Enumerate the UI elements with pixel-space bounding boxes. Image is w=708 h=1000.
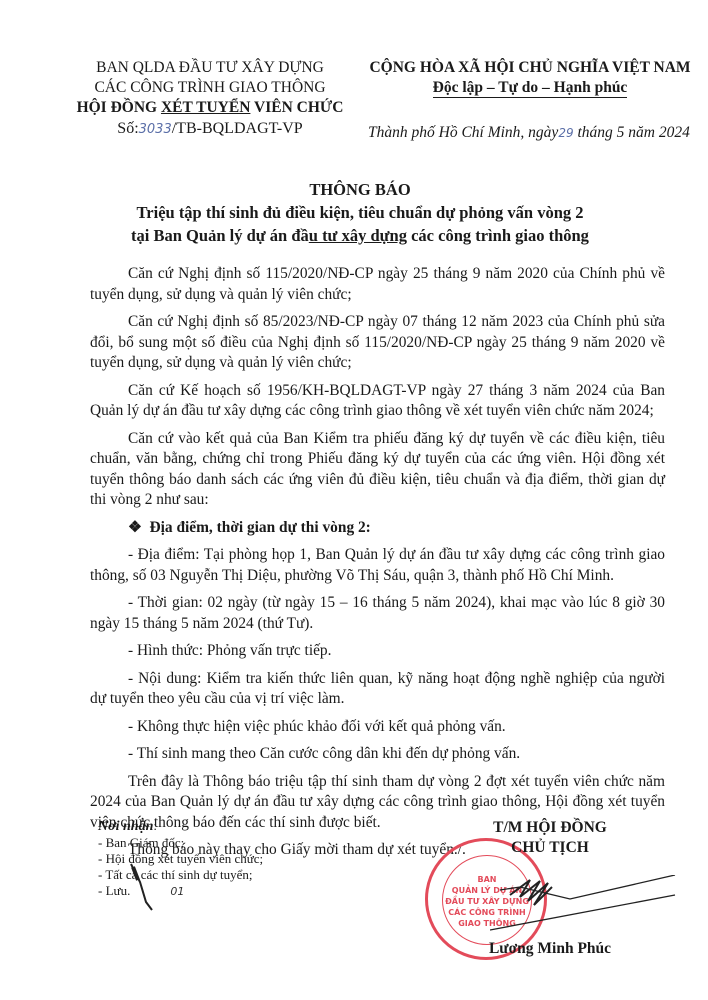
- item-location: - Địa điểm: Tại phòng họp 1, Ban Quản lý…: [90, 545, 665, 586]
- signer-name: Lương Minh Phúc: [440, 940, 660, 958]
- agency-line-2: CÁC CÔNG TRÌNH GIAO THÔNG: [60, 78, 360, 98]
- recipient-archive: - Lưu.: [98, 883, 130, 898]
- council-name-underlined: XÉT TUYỂN: [161, 99, 250, 116]
- signature-title-2: CHỦ TỊCH: [440, 838, 660, 858]
- handwritten-signature-icon: [490, 875, 680, 935]
- legal-basis-4: Căn cứ vào kết quả của Ban Kiểm tra phiế…: [90, 429, 665, 511]
- section-heading-text: Địa điểm, thời gian dự thi vòng 2:: [150, 519, 371, 536]
- subtitle-2-post: các công trình giao thông: [407, 226, 589, 245]
- item-id-card: - Thí sinh mang theo Căn cước công dân k…: [90, 744, 665, 765]
- item-format: - Hình thức: Phỏng vấn trực tiếp.: [90, 641, 665, 662]
- recipients-colon: :: [153, 818, 157, 833]
- section-heading: ❖ Địa điểm, thời gian dự thi vòng 2:: [90, 518, 665, 539]
- subtitle-2-pre: tại Ban Quản lý dự án đầ: [131, 226, 309, 245]
- day-handwritten: 29: [558, 126, 573, 140]
- issuing-agency: BAN QLDA ĐẦU TƯ XÂY DỰNG CÁC CÔNG TRÌNH …: [60, 58, 360, 118]
- docnum-prefix: Số:: [117, 120, 138, 137]
- signature-title-1: T/M HỘI ĐỒNG: [440, 818, 660, 838]
- docnum-suffix: /TB-BQLDAGT-VP: [172, 120, 303, 137]
- title-subtitle-1: Triệu tập thí sinh đủ điều kiện, tiêu ch…: [100, 201, 620, 224]
- document-body: Căn cứ Nghị định số 115/2020/NĐ-CP ngày …: [90, 264, 665, 868]
- recipients-heading: Nơi nhận: [98, 819, 153, 834]
- recipient-item: - Ban Giám đốc;: [98, 835, 338, 851]
- place-date-pre: Thành phố Hồ Chí Minh, ngày: [368, 124, 558, 141]
- council-name-pre: HỘI ĐỒNG: [77, 99, 161, 116]
- item-no-review: - Không thực hiện việc phúc khảo đối với…: [90, 717, 665, 738]
- place-date: Thành phố Hồ Chí Minh, ngày29 tháng 5 nă…: [368, 124, 708, 142]
- country-name: CỘNG HÒA XÃ HỘI CHỦ NGHĨA VIỆT NAM: [360, 58, 700, 78]
- docnum-handwritten: 3033: [139, 122, 172, 137]
- agency-line-1: BAN QLDA ĐẦU TƯ XÂY DỰNG: [60, 58, 360, 78]
- legal-basis-3: Căn cứ Kế hoạch số 1956/KH-BQLDAGT-VP ng…: [90, 381, 665, 422]
- council-name: HỘI ĐỒNG XÉT TUYỂN VIÊN CHỨC: [60, 98, 360, 118]
- document-title: THÔNG BÁO Triệu tập thí sinh đủ điều kiệ…: [100, 178, 620, 247]
- initial-mark-icon: [128, 862, 158, 912]
- national-heading: CỘNG HÒA XÃ HỘI CHỦ NGHĨA VIỆT NAM Độc l…: [360, 58, 700, 98]
- diamond-bullet-icon: ❖: [128, 519, 142, 536]
- council-name-post: VIÊN CHỨC: [250, 99, 343, 116]
- title-subtitle-2: tại Ban Quản lý dự án đầu tư xây dựng cá…: [100, 224, 620, 247]
- item-content: - Nội dung: Kiểm tra kiến thức liên quan…: [90, 669, 665, 710]
- place-date-post: tháng 5 năm 2024: [574, 124, 690, 141]
- legal-basis-1: Căn cứ Nghị định số 115/2020/NĐ-CP ngày …: [90, 264, 665, 305]
- national-motto: Độc lập – Tự do – Hạnh phúc: [433, 79, 628, 98]
- signature-block: T/M HỘI ĐỒNG CHỦ TỊCH: [440, 818, 660, 858]
- item-time: - Thời gian: 02 ngày (từ ngày 15 – 16 th…: [90, 593, 665, 634]
- document-number: Số:3033/TB-BQLDAGT-VP: [60, 120, 360, 138]
- title-heading: THÔNG BÁO: [100, 178, 620, 201]
- subtitle-2-underlined: u tư xây dựng: [309, 226, 407, 245]
- handwritten-note: 01: [170, 885, 184, 898]
- legal-basis-2: Căn cứ Nghị định số 85/2023/NĐ-CP ngày 0…: [90, 312, 665, 374]
